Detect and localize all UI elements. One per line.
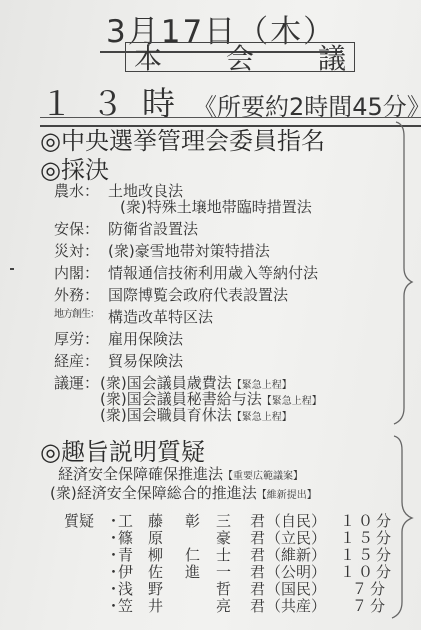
bill-item: 経済安全保障確保推進法【重要広範議案】 [58, 463, 303, 484]
law-item: 雇用保険法 [108, 328, 183, 349]
law-item: 貿易保険法 [108, 350, 183, 371]
committee-label: 内閣： [54, 262, 106, 283]
questioner-row: ・ 浅 野 哲 君 （国民） ７分 [0, 578, 421, 594]
questioner-row: ・ 篠 原 豪 君 （立民） １５分 [0, 527, 421, 543]
law-item: 国際博覧会政府代表設置法 [108, 284, 288, 305]
session-char: 会 [226, 37, 254, 77]
session-char: 議 [318, 37, 346, 77]
committee-label: 外務： [54, 284, 106, 305]
law-item: (衆)特殊土壌地帯臨時措置法 [120, 196, 312, 217]
bill-item: (衆)経済安全保障総合的推進法【維新提出】 [50, 482, 317, 503]
questioner-row: ・ 笠 井 亮 君 （共産） ７分 [0, 595, 421, 611]
committee-label: 厚労： [54, 328, 106, 349]
session-char: 本 [134, 37, 162, 77]
law-item: (衆)豪雪地帯対策特措法 [108, 240, 270, 261]
committee-label: 災対： [54, 240, 106, 261]
section-title-questions: ◎趣旨説明質疑 [40, 432, 205, 467]
divider [40, 117, 421, 118]
urgent-tag: 【緊急上程】 [232, 412, 292, 423]
questioner-row: ・ 伊 佐 進 一 君 （公明） １０分 [0, 561, 421, 577]
committee-label: 農水： [54, 180, 106, 201]
law-item: 情報通信技術利用歳入等納付法 [108, 262, 318, 283]
committee-label: 議運： [54, 372, 106, 393]
brace-icon [390, 118, 421, 428]
committee-label: 地方創生： [54, 306, 106, 323]
law-item: 構造改革特区法 [108, 306, 213, 327]
law-item: 防衛省設置法 [108, 218, 198, 239]
questioner-row: ・ 工 藤 彰 三 君 （自民） １０分 [0, 510, 421, 526]
mark [10, 268, 14, 270]
questioner-row: ・ 青 柳 仁 士 君 （維新） １５分 [0, 544, 421, 560]
proposer-tag: 【維新提出】 [257, 490, 317, 501]
law-item: (衆)国会職員育休法【緊急上程】 [100, 404, 292, 425]
session-title-box: 本 会 議 [125, 42, 355, 72]
start-time: １３時《所要約2時間45分》 [40, 78, 421, 127]
committee-label: 経産： [54, 350, 106, 371]
important-tag: 【重要広範議案】 [223, 471, 303, 482]
brace-icon [388, 432, 421, 630]
committee-label: 安保： [54, 218, 106, 239]
